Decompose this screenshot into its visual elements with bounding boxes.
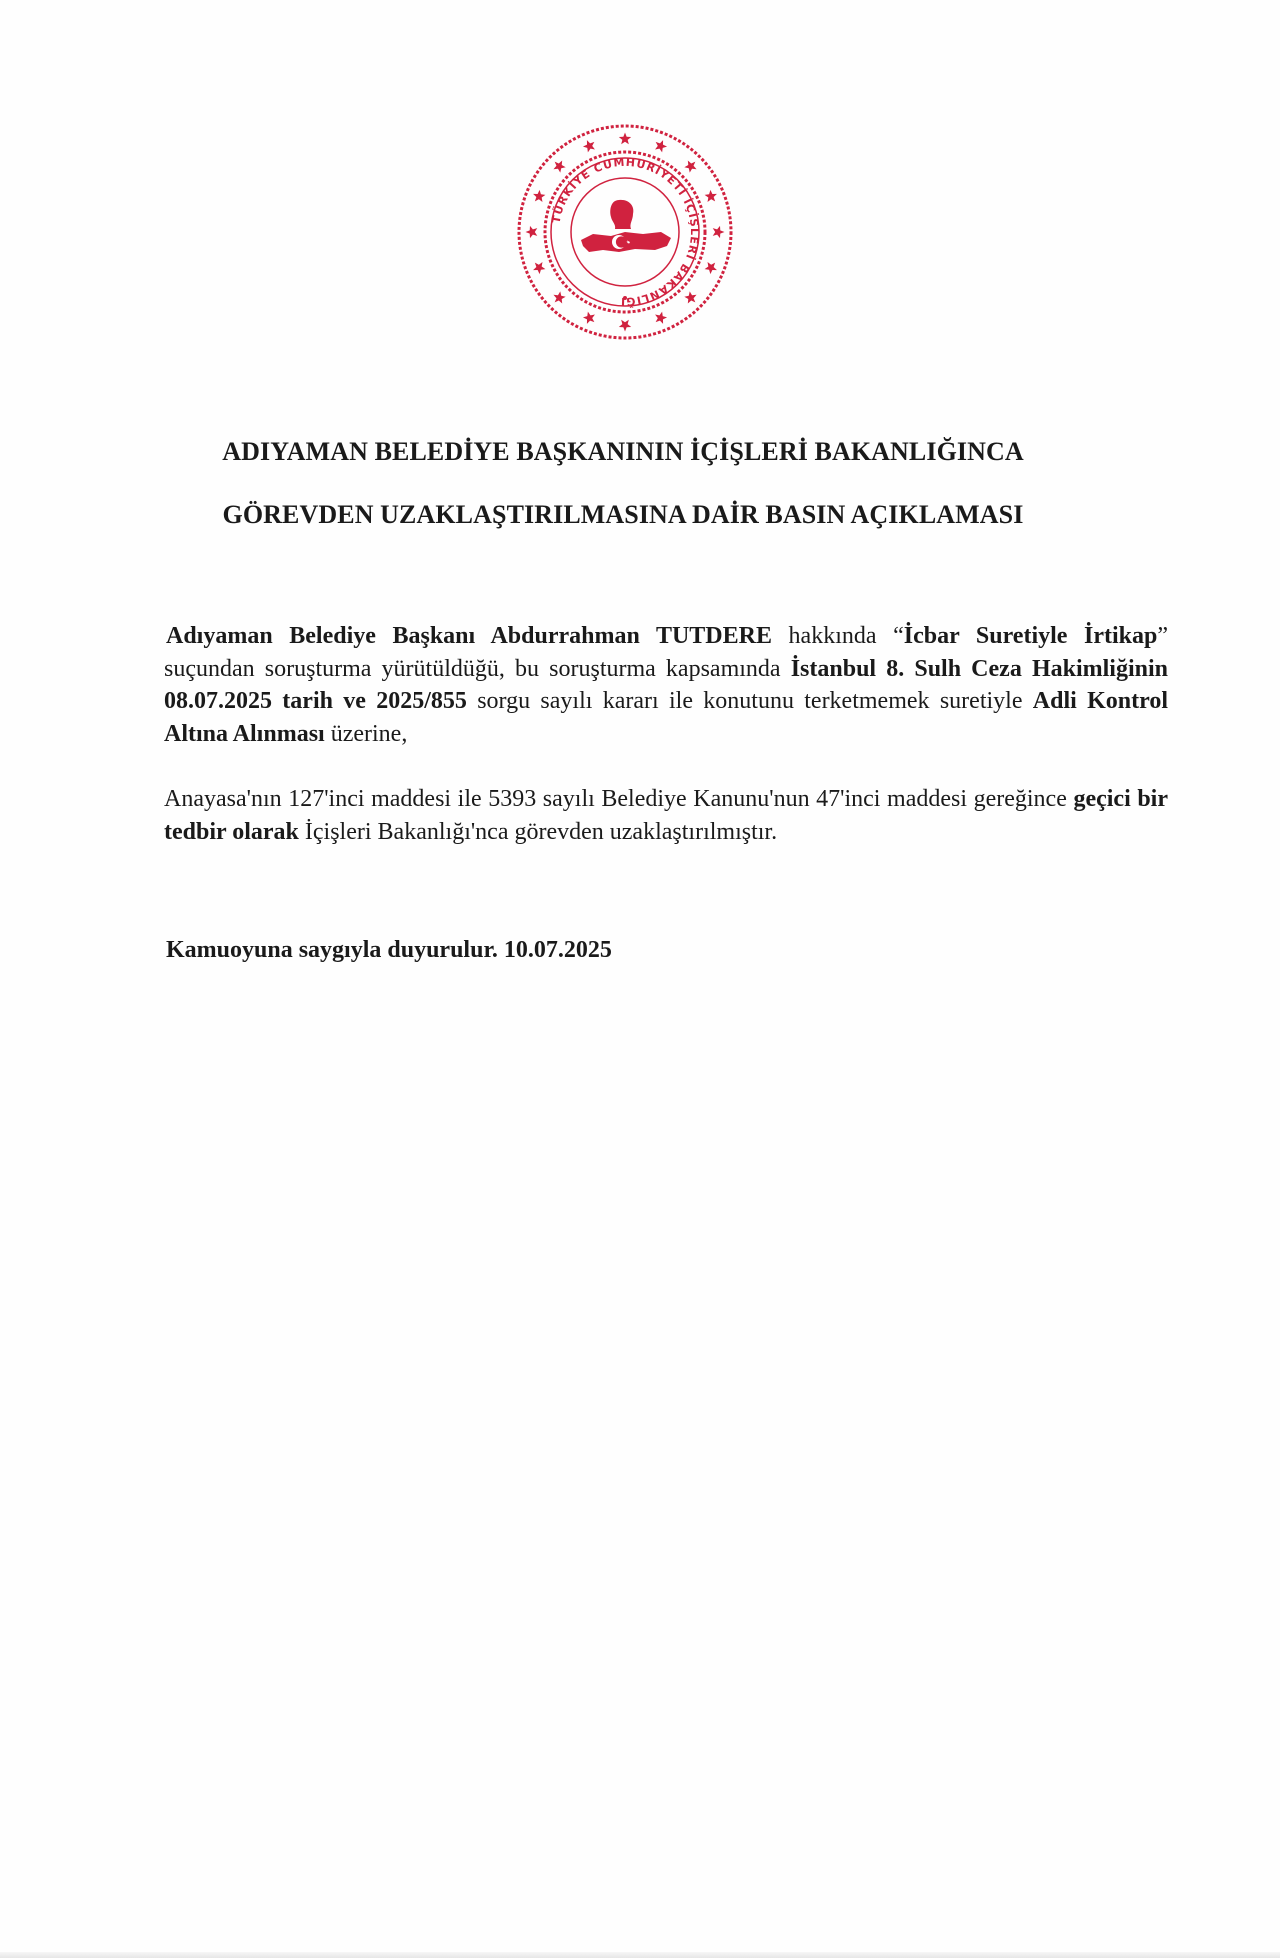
paragraph-suspension: Anayasa'nın 127'inci maddesi ile 5393 sa…: [164, 783, 1168, 848]
charge: İcbar Suretiyle İrtikap: [904, 623, 1158, 649]
mayor-name: Adıyaman Belediye Başkanı Abdurrahman TU…: [166, 623, 772, 649]
ministry-seal: TÜRKİYE CUMHURİYETİ İÇİŞLERİ BAKANLIĞI: [515, 122, 735, 342]
press-release-title-line-1: ADIYAMAN BELEDİYE BAŞKANININ İÇİŞLERİ BA…: [0, 437, 1246, 467]
paragraph-investigation: Adıyaman Belediye Başkanı Abdurrahman TU…: [164, 620, 1168, 750]
closing-statement: Kamuoyuna saygıyla duyurulur. 10.07.2025: [166, 937, 612, 964]
page-bottom-edge: [0, 1952, 1280, 1958]
ministry-seal-icon: TÜRKİYE CUMHURİYETİ İÇİŞLERİ BAKANLIĞI: [515, 122, 735, 342]
press-release-title-line-2: GÖREVDEN UZAKLAŞTIRILMASINA DAİR BASIN A…: [0, 500, 1246, 530]
